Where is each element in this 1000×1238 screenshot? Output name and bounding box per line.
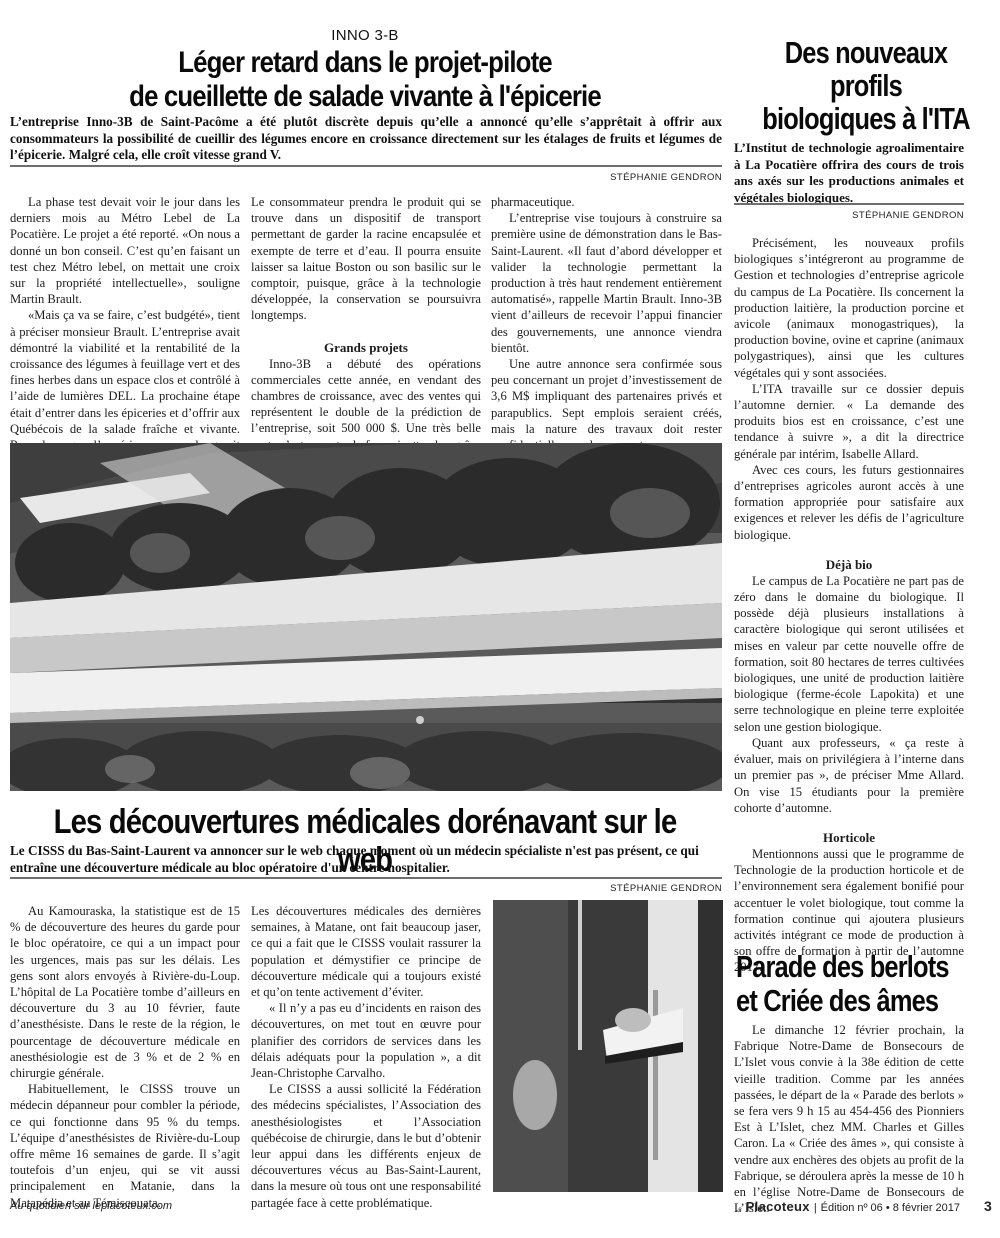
- byline: Stéphanie Gendron: [734, 210, 964, 221]
- website-link[interactable]: Au quotidien sur leplacoteux.com: [10, 1200, 172, 1212]
- article-headline: Parade des berlots et Criée des âmes: [736, 950, 982, 1018]
- brand-prefix: Le: [735, 1207, 742, 1213]
- article-kicker: INNO 3-B: [0, 27, 730, 44]
- subhead: Grands projets: [251, 340, 481, 356]
- divider: [10, 877, 722, 879]
- paragraph: Les découvertures médicales des dernière…: [251, 903, 481, 1000]
- paragraph: Le CISSS a aussi sollicité la Fédération…: [251, 1081, 481, 1211]
- paragraph: Le dimanche 12 février prochain, la Fabr…: [734, 1022, 964, 1216]
- article-lede: L’entreprise Inno-3B de Saint-Pacôme a é…: [10, 114, 722, 164]
- paragraph: Habituellement, le CISSS trouve un médec…: [10, 1081, 240, 1211]
- article-lede: Le CISSS du Bas-Saint-Laurent va annonce…: [10, 843, 722, 876]
- vertical-farm-image: [10, 443, 722, 791]
- paragraph: Au Kamouraska, la statistique est de 15 …: [10, 903, 240, 1081]
- headline-line: Parade des berlots: [736, 950, 982, 984]
- separator: |: [814, 1202, 817, 1214]
- brand-logo: Placoteux: [746, 1199, 810, 1214]
- headline-line: Des nouveaux: [759, 36, 974, 69]
- article-column-1: La phase test devait voir le jour dans l…: [10, 194, 240, 469]
- paragraph: Le campus de La Pocatière ne part pas de…: [734, 573, 964, 735]
- subhead: Horticole: [734, 830, 964, 846]
- medical-staff-photo: [493, 900, 723, 1192]
- paragraph: Le consommateur prendra le produit qui s…: [251, 194, 481, 324]
- headline-line: Léger retard dans le projet-pilote: [51, 46, 679, 80]
- byline: Stéphanie Gendron: [10, 172, 722, 183]
- article-column: Précisément, les nouveaux profils biolog…: [734, 235, 964, 976]
- edition-date: Édition nº 06 • 8 février 2017: [821, 1202, 960, 1214]
- paragraph: L’entreprise vise toujours à construire …: [491, 210, 722, 356]
- medical-staff-image: [493, 900, 723, 1192]
- article-column-2: Les découvertures médicales des dernière…: [251, 903, 481, 1211]
- paragraph: La phase test devait voir le jour dans l…: [10, 194, 240, 307]
- subhead: Déjà bio: [734, 557, 964, 573]
- paragraph: pharmaceutique.: [491, 194, 722, 210]
- article-lede: L’Institut de technologie agroalimentair…: [734, 140, 964, 206]
- paragraph: Précisément, les nouveaux profils biolog…: [734, 235, 964, 381]
- article-column-2: Le consommateur prendra le produit qui s…: [251, 194, 481, 469]
- headline-line: de cueillette de salade vivante à l'épic…: [51, 80, 679, 114]
- vertical-farm-photo: [10, 443, 722, 791]
- article-headline: Léger retard dans le projet-pilote de cu…: [51, 46, 679, 114]
- paragraph: Quant aux professeurs, « ça reste à éval…: [734, 735, 964, 816]
- headline-line: et Criée des âmes: [736, 984, 982, 1018]
- page-number: 3: [984, 1198, 992, 1214]
- column-gutter: [730, 150, 731, 1190]
- footer-edition-info: Le Placoteux | Édition nº 06 • 8 février…: [735, 1198, 992, 1214]
- byline: Stéphanie Gendron: [10, 883, 722, 894]
- article-column-3: pharmaceutique. L’entreprise vise toujou…: [491, 194, 722, 453]
- headline-line: biologiques à l'ITA: [759, 102, 974, 135]
- divider: [10, 165, 722, 167]
- article-headline: Des nouveaux profils biologiques à l'ITA: [759, 36, 974, 135]
- paragraph: « Il n’y a pas eu d’incidents en raison …: [251, 1000, 481, 1081]
- article-column: Le dimanche 12 février prochain, la Fabr…: [734, 1022, 964, 1216]
- article-column-1: Au Kamouraska, la statistique est de 15 …: [10, 903, 240, 1211]
- paragraph: Avec ces cours, les futurs gestionnaires…: [734, 462, 964, 543]
- headline-line: profils: [759, 69, 974, 102]
- paragraph: Une autre annonce sera confirmée sous pe…: [491, 356, 722, 453]
- divider: [734, 203, 964, 205]
- paragraph: L’ITA travaille sur ce dossier depuis l’…: [734, 381, 964, 462]
